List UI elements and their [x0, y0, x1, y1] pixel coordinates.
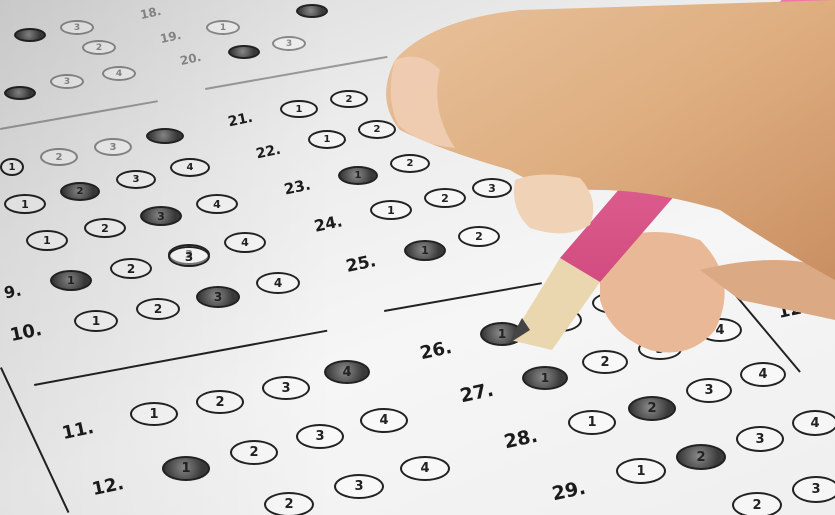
hand-with-pencil: [0, 0, 835, 515]
photo-stage: 18. 19. 20. 3 2 3 4 3 1 2 3 1 2 3 4 1 2 …: [0, 0, 835, 515]
index-finger-tip: [514, 174, 593, 233]
